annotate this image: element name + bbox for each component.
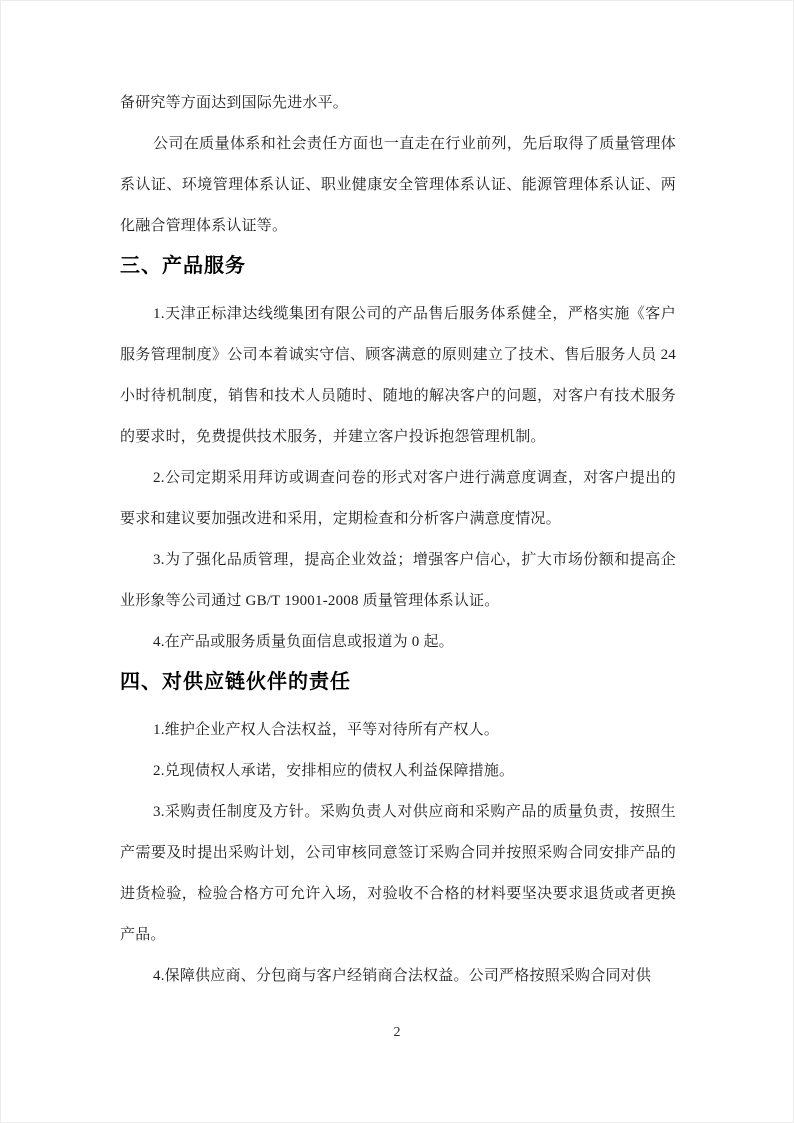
document-page: 备研究等方面达到国际先进水平。公司在质量体系和社会责任方面也一直走在行业前列，先… — [0, 0, 794, 1123]
body-paragraph: 4.保障供应商、分包商与客户经销商合法权益。公司严格按照采购合同对供 — [120, 956, 676, 997]
body-paragraph: 公司在质量体系和社会责任方面也一直走在行业前列，先后取得了质量管理体系认证、环境… — [120, 124, 676, 247]
body-paragraph: 2.兑现债权人承诺，安排相应的债权人利益保障措施。 — [120, 751, 676, 792]
body-paragraph: 1.天津正标津达线缆集团有限公司的产品售后服务体系健全，严格实施《客户服务管理制… — [120, 294, 676, 458]
body-paragraph: 3.为了强化品质管理，提高企业效益；增强客户信心，扩大市场份额和提高企业形象等公… — [120, 540, 676, 622]
section-heading: 三、产品服务 — [120, 251, 676, 281]
page-footer: 2 — [1, 1023, 793, 1042]
document-content: 备研究等方面达到国际先进水平。公司在质量体系和社会责任方面也一直走在行业前列，先… — [120, 83, 676, 997]
page-number: 2 — [394, 1025, 401, 1040]
section-heading: 四、对供应链伙伴的责任 — [120, 667, 676, 697]
body-paragraph: 2.公司定期采用拜访或调查问卷的形式对客户进行满意度调查，对客户提出的要求和建议… — [120, 458, 676, 540]
body-paragraph: 3.采购责任制度及方针。采购负责人对供应商和采购产品的质量负责，按照生产需要及时… — [120, 792, 676, 956]
body-paragraph: 1.维护企业产权人合法权益，平等对待所有产权人。 — [120, 710, 676, 751]
body-paragraph: 4.在产品或服务质量负面信息或报道为 0 起。 — [120, 622, 676, 663]
paragraph-continuation: 备研究等方面达到国际先进水平。 — [120, 83, 676, 124]
